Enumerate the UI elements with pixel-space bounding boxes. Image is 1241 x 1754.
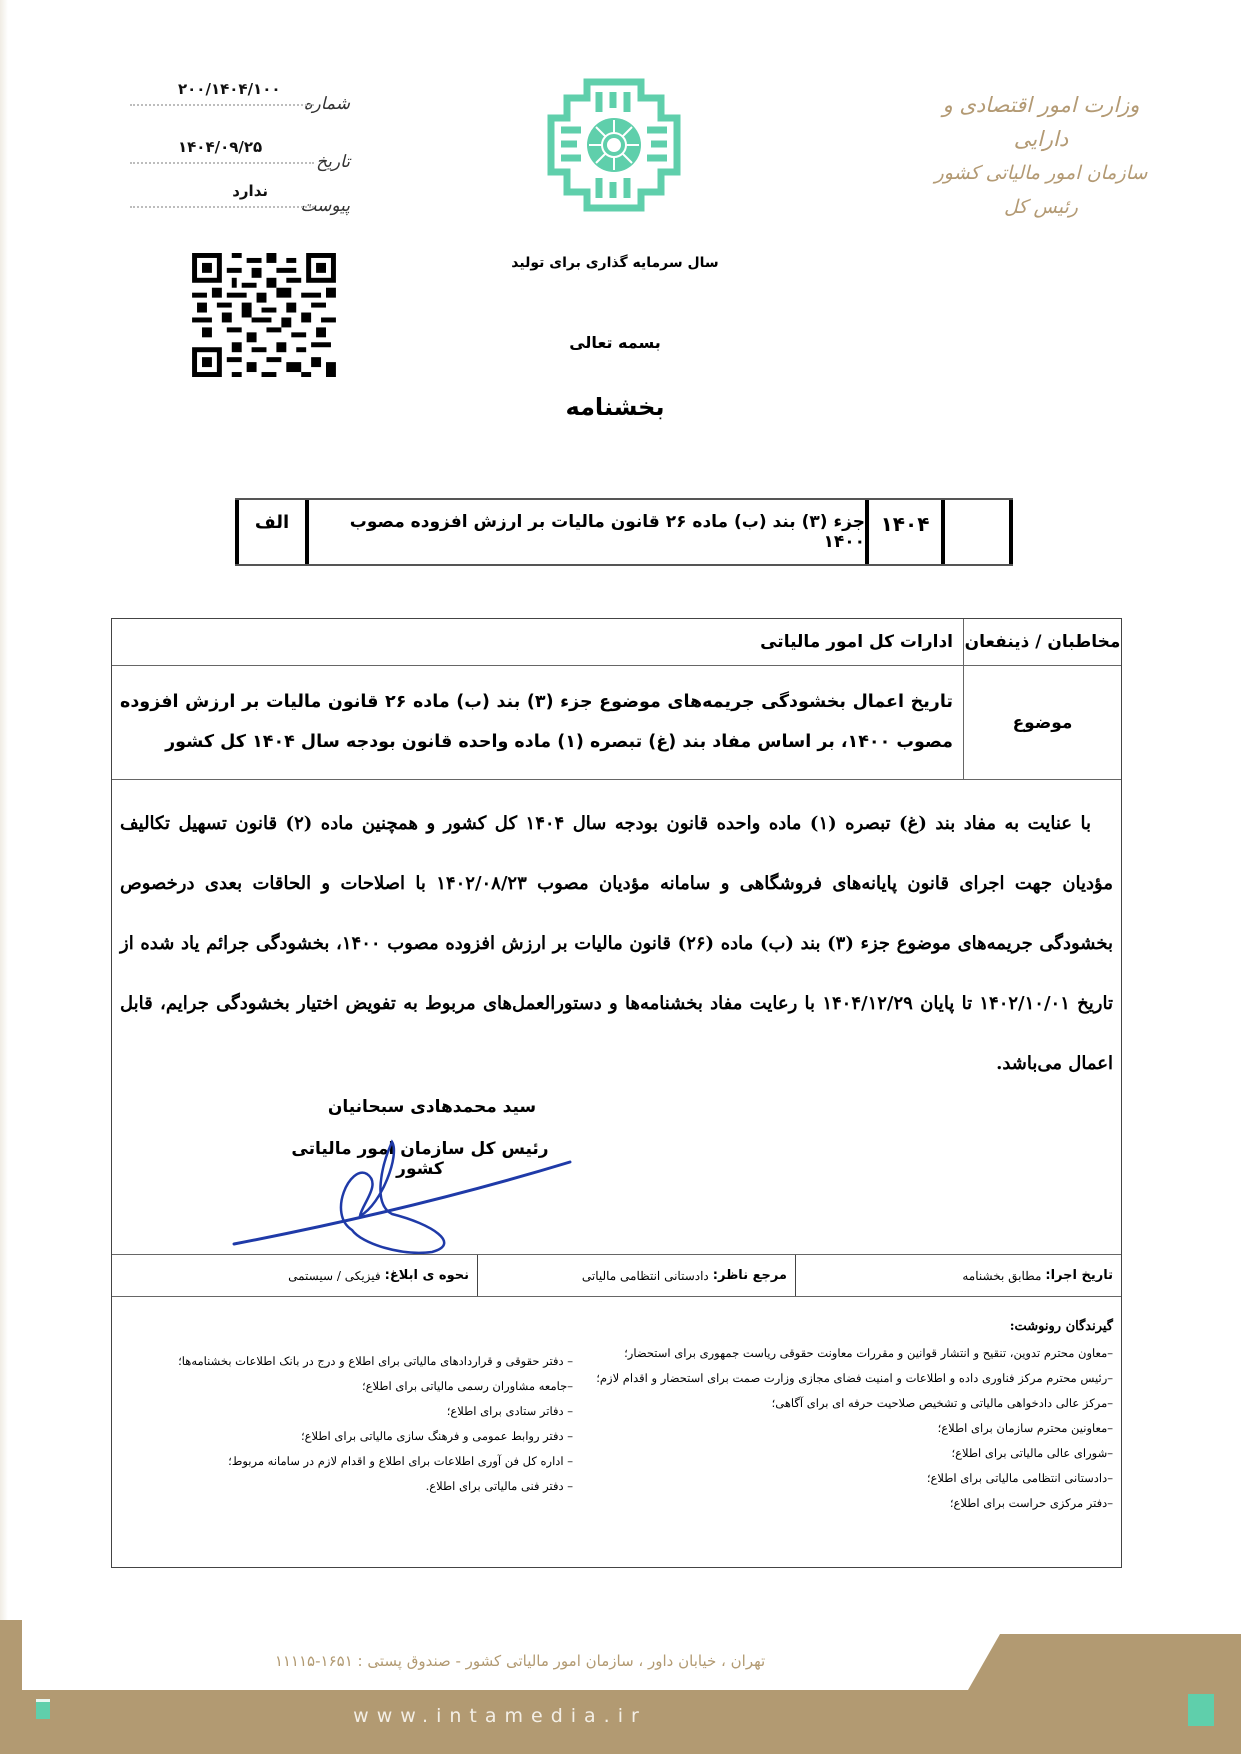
organization-name: سازمان امور مالیاتی کشور: [921, 156, 1161, 190]
letter-number-label: شماره: [314, 94, 350, 114]
footer-website-link[interactable]: www.intamedia.ir: [300, 1705, 700, 1727]
cc-list-left: – دفتر حقوقی و قراردادهای مالیاتی برای ا…: [113, 1349, 573, 1499]
tax-organization-logo-icon: [547, 78, 681, 212]
cc-item: –مرکز عالی دادخواهی مالیاتی و تشخیص صلاح…: [593, 1391, 1113, 1416]
notification-value: فیزیکی / سیستمی: [288, 1269, 381, 1283]
cc-item: –رئیس محترم مرکز فناوری داده و اطلاعات و…: [593, 1366, 1113, 1391]
ministry-name: وزارت امور اقتصادی و دارایی: [921, 88, 1161, 156]
cc-item: – اداره کل فن آوری اطلاعات برای اطلاع و …: [113, 1449, 573, 1474]
attachment-label: پیوست: [314, 196, 350, 216]
letter-date-value: ۱۴۰۴/۰۹/۲۵: [178, 138, 262, 156]
reference-year: ۱۴۰۴: [865, 500, 941, 564]
document-type: بخشنامه: [540, 393, 690, 421]
cc-item: – دفتر حقوقی و قراردادهای مالیاتی برای ا…: [113, 1349, 573, 1374]
addressees-label: مخاطبان / ذینفعان: [963, 619, 1121, 665]
dotted-line: ۱۴۰۴/۰۹/۲۵: [130, 162, 314, 164]
signatory-name: سید محمدهادی سبحانیان: [322, 1097, 542, 1117]
office-title: رئیس کل: [921, 190, 1161, 224]
cc-item: – دفاتر ستادی برای اطلاع؛: [113, 1399, 573, 1424]
cc-item: –معاون محترم تدوین، تنقیح و انتشار قوانی…: [593, 1341, 1113, 1366]
cc-item: – دفتر فنی مالیاتی برای اطلاع.: [113, 1474, 573, 1499]
execution-date-cell: تاریخ اجرا: مطابق بخشنامه: [795, 1255, 1121, 1296]
cc-item: – دفتر روابط عمومی و فرهنگ سازی مالیاتی …: [113, 1424, 573, 1449]
cc-heading: گیرندگان رونوشت:: [1010, 1319, 1113, 1334]
qr-code-icon: [191, 253, 337, 377]
decorative-square-icon: [1188, 1694, 1214, 1726]
reference-table: ۱۴۰۴ جزء (۳) بند (ب) ماده ۲۶ قانون مالیا…: [235, 498, 1013, 566]
dotted-line: ۲۰۰/۱۴۰۴/۱۰۰: [130, 104, 314, 106]
execution-date-label: تاریخ اجرا:: [1045, 1268, 1113, 1283]
cc-item: –معاونین محترم سازمان برای اطلاع؛: [593, 1416, 1113, 1441]
supervisor-value: دادستانی انتظامی مالیاتی: [582, 1269, 709, 1283]
dotted-line: ندارد: [130, 206, 314, 208]
attachment-row: پیوست ندارد: [130, 186, 350, 216]
handwritten-signature-icon: [232, 1134, 572, 1254]
notification-cell: نحوه ی ابلاغ: فیزیکی / سیستمی: [112, 1255, 477, 1296]
ministry-letterhead: وزارت امور اقتصادی و دارایی سازمان امور …: [921, 88, 1161, 224]
year-slogan: سال سرمایه گذاری برای تولید: [480, 255, 750, 271]
letter-number-value: ۲۰۰/۱۴۰۴/۱۰۰: [178, 80, 281, 98]
addressees-row: مخاطبان / ذینفعان ادارات کل امور مالیاتی: [112, 619, 1121, 666]
cc-item: –دفتر مرکزی حراست برای اطلاع؛: [593, 1491, 1113, 1516]
reference-title: جزء (۳) بند (ب) ماده ۲۶ قانون مالیات بر …: [305, 500, 865, 564]
supervisor-cell: مرجع ناظر: دادستانی انتظامی مالیاتی: [477, 1255, 795, 1296]
reference-empty-cell: [941, 500, 1013, 564]
notification-label: نحوه ی ابلاغ:: [385, 1268, 469, 1283]
execution-date-value: مطابق بخشنامه: [962, 1269, 1041, 1283]
cc-item: –دادستانی انتظامی مالیاتی برای اطلاع؛: [593, 1466, 1113, 1491]
cc-item: –شورای عالی مالیاتی برای اطلاع؛: [593, 1441, 1113, 1466]
attachment-value: ندارد: [232, 182, 268, 200]
basmala: بسمه تعالی: [540, 333, 690, 352]
subject-row: موضوع تاریخ اعمال بخشودگی جریمه‌های موضو…: [112, 666, 1121, 780]
subject-value-cell: تاریخ اعمال بخشودگی جریمه‌های موضوع جزء …: [112, 666, 963, 779]
body-text: با عنایت به مفاد بند (غ) تبصره (۱) ماده …: [120, 794, 1113, 1094]
circular-body-box: مخاطبان / ذینفعان ادارات کل امور مالیاتی…: [111, 618, 1122, 1568]
execution-meta-row: تاریخ اجرا: مطابق بخشنامه مرجع ناظر: داد…: [112, 1254, 1121, 1297]
supervisor-label: مرجع ناظر:: [713, 1268, 787, 1283]
letter-date-row: تاریخ ۱۴۰۴/۰۹/۲۵: [130, 142, 350, 172]
paper-edge: [0, 0, 8, 1754]
footer-band-shape: [0, 1620, 1241, 1754]
addressees-value: ادارات کل امور مالیاتی: [112, 619, 963, 665]
subject-label: موضوع: [963, 666, 1121, 779]
decorative-square-icon: [36, 1699, 50, 1719]
cc-list-right: –معاون محترم تدوین، تنقیح و انتشار قوانی…: [593, 1341, 1113, 1516]
cc-item: –جامعه مشاوران رسمی مالیاتی برای اطلاع؛: [113, 1374, 573, 1399]
footer-address: تهران ، خیابان داور ، سازمان امور مالیات…: [180, 1652, 860, 1670]
subject-value: تاریخ اعمال بخشودگی جریمه‌های موضوع جزء …: [112, 666, 963, 762]
reference-code: الف: [235, 500, 305, 564]
letter-number-row: شماره ۲۰۰/۱۴۰۴/۱۰۰: [130, 84, 350, 114]
letter-date-label: تاریخ: [314, 152, 350, 172]
